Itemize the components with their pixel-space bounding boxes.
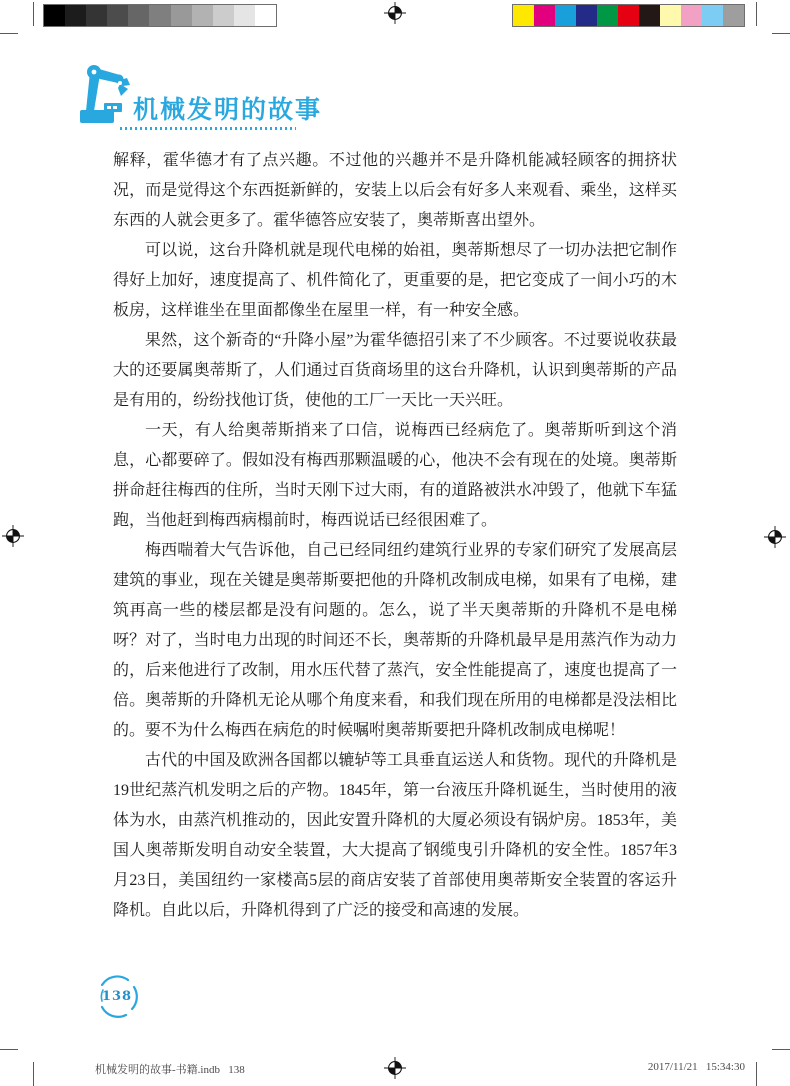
title-dotted-underline xyxy=(120,127,296,130)
calibration-swatch xyxy=(128,5,149,26)
paragraph: 古代的中国及欧洲各国都以辘轳等工具垂直运送人和货物。现代的升降机是19世纪蒸汽机… xyxy=(113,746,677,926)
calibration-swatch xyxy=(576,5,597,26)
calibration-swatch xyxy=(513,5,534,26)
registration-mark-icon xyxy=(764,526,786,548)
calibration-swatch xyxy=(171,5,192,26)
calibration-swatch xyxy=(534,5,555,26)
registration-mark-icon xyxy=(2,525,24,547)
calibration-swatch xyxy=(192,5,213,26)
registration-mark-icon xyxy=(384,2,406,24)
paragraph: 解释，霍华德才有了点兴趣。不过他的兴趣并不是升降机能减轻顾客的拥挤状况，而是觉得… xyxy=(113,146,677,236)
calibration-swatch xyxy=(555,5,576,26)
calibration-swatch xyxy=(681,5,702,26)
grayscale-calibration-bar xyxy=(43,4,277,27)
calibration-swatch xyxy=(618,5,639,26)
paragraph: 果然，这个新奇的“升降小屋”为霍华德招引来了不少顾客。不过要说收获最大的还要属奥… xyxy=(113,326,677,416)
calibration-swatch xyxy=(86,5,107,26)
crop-mark xyxy=(0,33,18,34)
calibration-swatch xyxy=(723,5,744,26)
paragraph: 可以说，这台升降机就是现代电梯的始祖，奥蒂斯想尽了一切办法把它制作得好上加好，速… xyxy=(113,236,677,326)
calibration-swatch xyxy=(149,5,170,26)
calibration-swatch xyxy=(660,5,681,26)
crop-mark xyxy=(756,1062,757,1086)
page-number: 138 xyxy=(94,973,140,1019)
crop-mark xyxy=(772,33,790,34)
crop-mark xyxy=(33,1062,34,1086)
crop-mark xyxy=(33,2,34,26)
calibration-swatch xyxy=(255,5,276,26)
paragraph: 一天，有人给奥蒂斯捎来了口信，说梅西已经病危了。奥蒂斯听到这个消息，心都要碎了。… xyxy=(113,416,677,536)
calibration-swatch xyxy=(639,5,660,26)
calibration-swatch xyxy=(234,5,255,26)
crop-mark xyxy=(0,1049,18,1050)
calibration-swatch xyxy=(44,5,65,26)
registration-mark-icon xyxy=(384,1057,406,1079)
calibration-swatch xyxy=(597,5,618,26)
paragraph: 梅西喘着大气告诉他，自己已经同纽约建筑行业界的专家们研究了发展高层建筑的事业，现… xyxy=(113,536,677,746)
book-page: 机械发明的故事 解释，霍华德才有了点兴趣。不过他的兴趣并不是升降机能减轻顾客的拥… xyxy=(0,0,790,1086)
calibration-swatch xyxy=(107,5,128,26)
crop-mark xyxy=(772,1049,790,1050)
page-number-badge: 138 xyxy=(94,973,140,1019)
crop-mark xyxy=(756,2,757,26)
footer-file-info: 机械发明的故事-书籍.indb 138 xyxy=(95,1061,245,1077)
color-calibration-bar xyxy=(512,4,745,27)
robot-arm-icon xyxy=(74,58,130,124)
footer-timestamp: 2017/11/21 15:34:30 xyxy=(648,1061,745,1073)
calibration-swatch xyxy=(702,5,723,26)
page-title: 机械发明的故事 xyxy=(133,90,322,126)
calibration-swatch xyxy=(213,5,234,26)
calibration-swatch xyxy=(65,5,86,26)
body-text: 解释，霍华德才有了点兴趣。不过他的兴趣并不是升降机能减轻顾客的拥挤状况，而是觉得… xyxy=(113,146,677,926)
